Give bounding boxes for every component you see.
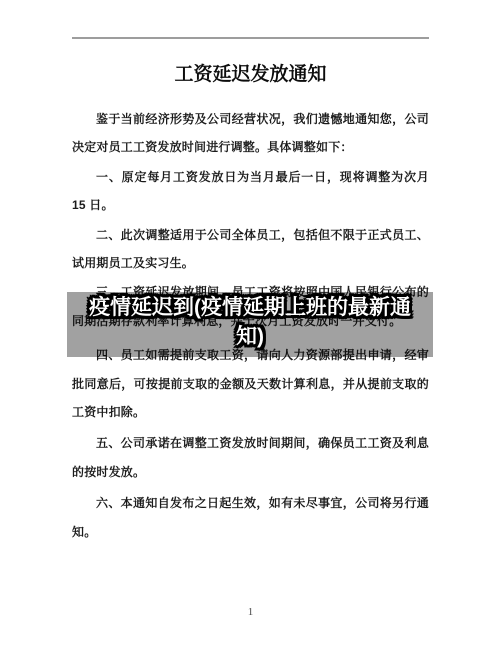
document-body: 工资延迟发放通知 鉴于当前经济形势及公司经营状况，我们遗憾地通知您，公司决定对员…	[72, 0, 429, 547]
doc-paragraph-item1: 一、原定每月工资发放日为当月最后一日，现将调整为次月 15 日。	[72, 163, 429, 220]
document-title: 工资延迟发放通知	[72, 60, 429, 90]
caption-overlay-band: 疫情延迟到(疫情延期上班的最新通知)	[67, 292, 433, 357]
doc-paragraph-item2: 二、此次调整适用于公司全体员工，包括但不限于正式员工、试用期员工及实习生。	[72, 221, 429, 278]
caption-overlay-text: 疫情延迟到(疫情延期上班的最新通知)	[80, 292, 420, 351]
document-page: 工资延迟发放通知 鉴于当前经济形势及公司经营状况，我们遗憾地通知您，公司决定对员…	[0, 0, 500, 647]
doc-paragraph-item5: 五、公司承诺在调整工资发放时间期间，确保员工工资及利息的按时发放。	[72, 429, 429, 486]
doc-paragraph-item6: 六、本通知自发布之日起生效，如有未尽事宜，公司将另行通知。	[72, 489, 429, 546]
doc-paragraph-intro: 鉴于当前经济形势及公司经营状况，我们遗憾地通知您，公司决定对员工工资发放时间进行…	[72, 105, 429, 162]
page-number: 1	[72, 606, 429, 618]
